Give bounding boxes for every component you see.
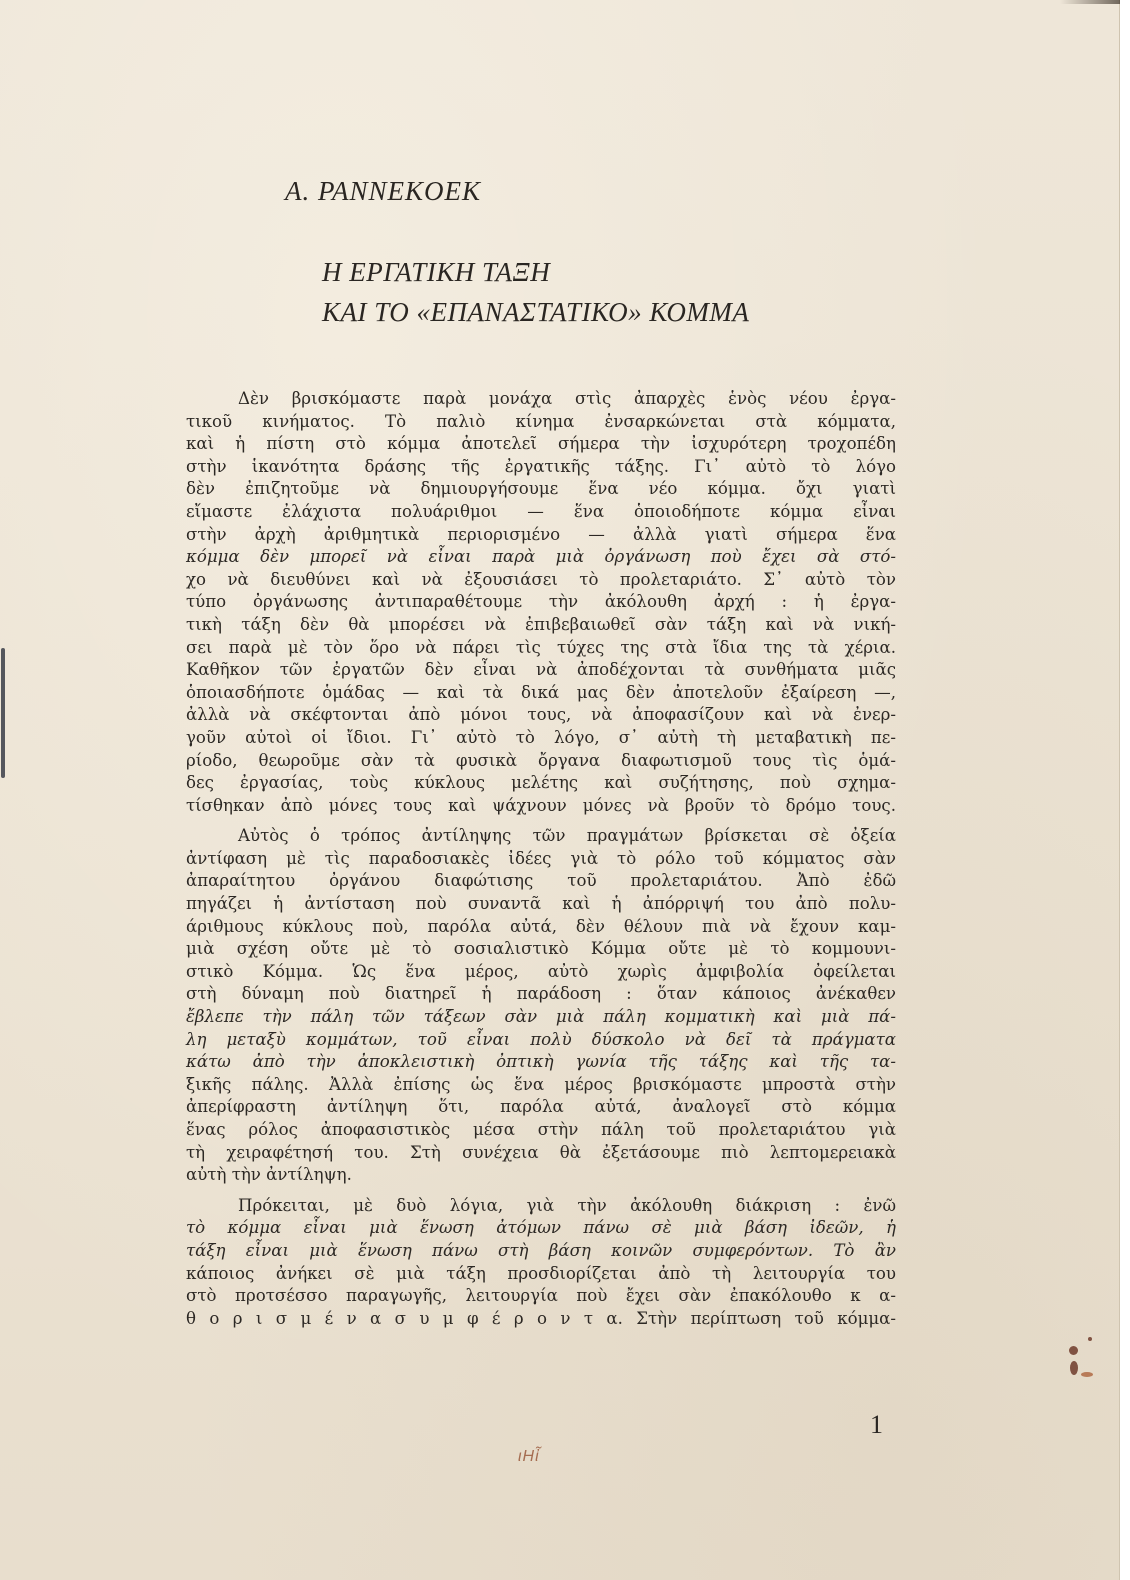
text-line: στὴν ἀρχὴ ἀριθμητικὰ περιορισμένο — ἀλλὰ…	[186, 524, 896, 547]
text-line: Καθῆκον τῶν ἐργατῶν δὲν εἶναι νὰ ἀποδέχο…	[186, 659, 896, 682]
text-line: τὸ κόμμα εἶναι μιὰ ἕνωση ἀτόμων πάνω σὲ …	[186, 1217, 896, 1240]
text-line: ἀλλὰ νὰ σκέφτονται ἀπὸ μόνοι τους, νὰ ἀπ…	[186, 704, 896, 727]
text-line: τίσθηκαν ἀπὸ μόνες τους καὶ ψάχνουν μόνε…	[186, 795, 896, 818]
page-corner-shadow	[1060, 0, 1120, 4]
paragraph-1: Δὲν βρισκόμαστε παρὰ μονάχα στὶς ἀπαρχὲς…	[186, 388, 896, 817]
text-line: γοῦν αὐτοὶ οἱ ἴδιοι. Γι᾽ αὐτὸ τὸ λόγο, σ…	[186, 727, 896, 750]
text-line: δες ἐργασίας, τοὺς κύκλους μελέτης καὶ σ…	[186, 772, 896, 795]
binding-staple-mark	[1, 648, 5, 778]
page-number: 1	[870, 1410, 883, 1440]
paragraph-3: Πρόκειται, μὲ δυὸ λόγια, γιὰ τὴν ἀκόλουθ…	[186, 1195, 896, 1331]
text-line: ἀπερίφραστη ἀντίληψη ὅτι, παρόλα αὐτά, ἀ…	[186, 1096, 896, 1119]
text-line: ρίοδο, θεωροῦμε σὰν τὰ φυσικὰ ὄργανα δια…	[186, 750, 896, 773]
ink-stain	[1069, 1346, 1078, 1355]
text-line: τὴ χειραφέτησή του. Στὴ συνέχεια θὰ ἐξετ…	[186, 1142, 896, 1165]
author-name: A. PANNEKOEK	[285, 176, 481, 207]
scanned-page: A. PANNEKOEK Η ΕΡΓΑΤΙΚΗ ΤΑΞΗ ΚΑΙ ΤΟ «ΕΠΑ…	[0, 0, 1120, 1580]
text-line: δὲν ἐπιζητοῦμε νὰ δημιουργήσουμε ἕνα νέο…	[186, 478, 896, 501]
text-line: θ ο ρ ι σ μ έ ν α σ υ μ φ έ ρ ο ν τ α. Σ…	[186, 1308, 896, 1331]
text-line: κάτω ἀπὸ τὴν ἀποκλειστικὴ ὀπτικὴ γωνία τ…	[186, 1051, 896, 1074]
text-line: στὴν ἱκανότητα δράσης τῆς ἐργατικῆς τάξη…	[186, 456, 896, 479]
text-line: τύπο ὀργάνωσης ἀντιπαραθέτουμε τὴν ἀκόλο…	[186, 591, 896, 614]
text-line: ξικῆς πάλης. Ἀλλὰ ἐπίσης ὡς ἕνα μέρος βρ…	[186, 1074, 896, 1097]
paragraph-2: Αὐτὸς ὁ τρόπος ἀντίληψης τῶν πραγμάτων β…	[186, 825, 896, 1187]
text-line: Δὲν βρισκόμαστε παρὰ μονάχα στὶς ἀπαρχὲς…	[186, 388, 896, 411]
text-line: εἴμαστε ἐλάχιστα πολυάριθμοι — ἕνα ὁποιο…	[186, 501, 896, 524]
text-line: ἔβλεπε τὴν πάλη τῶν τάξεων σὰν μιὰ πάλη …	[186, 1006, 896, 1029]
text-line: Αὐτὸς ὁ τρόπος ἀντίληψης τῶν πραγμάτων β…	[186, 825, 896, 848]
handwritten-mark: ιΗἶ	[518, 1448, 540, 1466]
ink-stain	[1070, 1361, 1078, 1375]
text-line: ἕνας ρόλος ἀποφασιστικὸς μέσα στὴν πάλη …	[186, 1119, 896, 1142]
text-line: κόμμα δὲν μπορεῖ νὰ εἶναι παρὰ μιὰ ὀργάν…	[186, 546, 896, 569]
text-line: άριθμους κύκλους ποὺ, παρόλα αὐτά, δὲν θ…	[186, 916, 896, 939]
text-line: στὴ δύναμη ποὺ διατηρεῖ ἡ παράδοση : ὅτα…	[186, 983, 896, 1006]
text-line: στὸ προτσέσσο παραγωγῆς, λειτουργία ποὺ …	[186, 1285, 896, 1308]
text-line: λη μεταξὺ κομμάτων, τοῦ εἶναι πολὺ δύσκο…	[186, 1029, 896, 1052]
text-line: χο νὰ διευθύνει καὶ νὰ ἐξουσιάσει τὸ προ…	[186, 569, 896, 592]
text-line: αὐτὴ τὴν ἀντίληψη.	[186, 1164, 896, 1187]
text-line: σει παρὰ μὲ τὸν ὅρο νὰ πάρει τὶς τύχες τ…	[186, 637, 896, 660]
text-line: Πρόκειται, μὲ δυὸ λόγια, γιὰ τὴν ἀκόλουθ…	[186, 1195, 896, 1218]
text-line: στικὸ Κόμμα. Ὡς ἕνα μέρος, αὐτὸ χωρὶς ἀμ…	[186, 961, 896, 984]
text-line: τικὴ τάξη δὲν θὰ μπορέσει νὰ ἐπιβεβαιωθε…	[186, 614, 896, 637]
text-line: ἀντίφαση μὲ τὶς παραδοσιακὲς ἰδέες γιὰ τ…	[186, 848, 896, 871]
text-line: πηγάζει ἡ ἀντίσταση ποὺ συναντᾶ καὶ ἡ ἀπ…	[186, 893, 896, 916]
text-line: καὶ ἡ πίστη στὸ κόμμα ἀποτελεῖ σήμερα τὴ…	[186, 433, 896, 456]
ink-stain	[1088, 1337, 1092, 1341]
text-line: τάξη εἶναι μιὰ ἕνωση πάνω στὴ βάση κοινῶ…	[186, 1240, 896, 1263]
article-title: Η ΕΡΓΑΤΙΚΗ ΤΑΞΗ ΚΑΙ ΤΟ «ΕΠΑΝΑΣΤΑΤΙΚΟ» ΚΟ…	[322, 252, 749, 332]
text-line: ὁποιασδήποτε ὁμάδας — καὶ τὰ δικά μας δὲ…	[186, 682, 896, 705]
text-line: τικοῦ κινήματος. Τὸ παλιὸ κίνημα ἐνσαρκώ…	[186, 411, 896, 434]
ink-stain	[1081, 1372, 1093, 1377]
text-line: μιὰ σχέση οὔτε μὲ τὸ σοσιαλιστικὸ Κόμμα …	[186, 938, 896, 961]
article-body: Δὲν βρισκόμαστε παρὰ μονάχα στὶς ἀπαρχὲς…	[186, 388, 896, 1330]
text-line: ἀπαραίτητου ὀργάνου διαφώτισης τοῦ προλε…	[186, 870, 896, 893]
title-line-2: ΚΑΙ ΤΟ «ΕΠΑΝΑΣΤΑΤΙΚΟ» ΚΟΜΜΑ	[322, 292, 749, 332]
title-line-1: Η ΕΡΓΑΤΙΚΗ ΤΑΞΗ	[322, 252, 749, 292]
text-line: κάποιος ἀνήκει σὲ μιὰ τάξη προσδιορίζετα…	[186, 1263, 896, 1286]
